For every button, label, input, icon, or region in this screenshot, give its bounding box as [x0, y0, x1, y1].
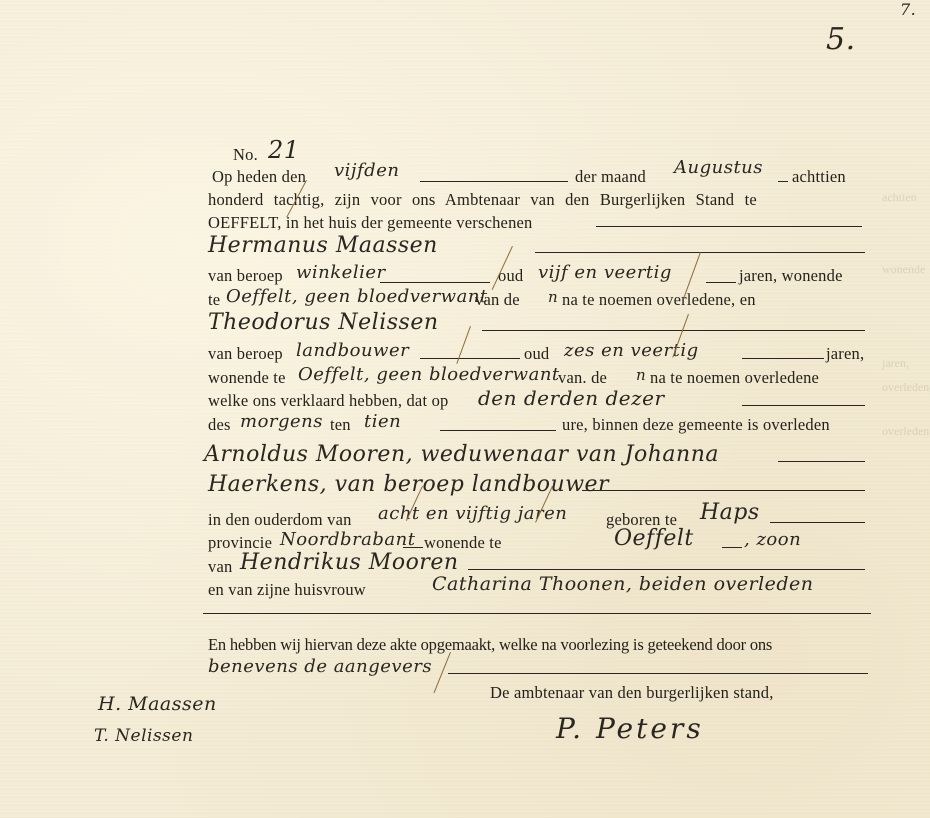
record-number-label: No.	[233, 145, 258, 165]
text-der-maand: der maand	[575, 167, 646, 187]
text-welke-ons-verklaard: welke ons verklaard hebben, dat op	[208, 391, 448, 411]
text-op-heden-den: Op heden den	[212, 167, 306, 187]
field-residence: Oeffelt	[614, 526, 694, 551]
field-month: Augustus	[674, 157, 763, 178]
text-van-beroep: van beroep	[208, 266, 283, 286]
fill-line	[380, 282, 490, 283]
text-in-den-ouderdom: in den ouderdom van	[208, 510, 352, 530]
field-declarant2-name: Theodorus Nelissen	[208, 310, 439, 335]
text-oud: oud	[524, 344, 549, 364]
bleed-through-text: overledene	[882, 380, 930, 395]
field-declarant1-name: Hermanus Maassen	[208, 233, 438, 258]
fill-line	[582, 490, 865, 491]
text-na-te-noemen: na te noemen overledene	[650, 368, 819, 388]
field-gender-mark: n	[548, 288, 558, 306]
text-te: te	[208, 290, 220, 310]
folio-mark: 5.	[826, 22, 856, 57]
field-death-daypart: morgens	[240, 411, 323, 432]
text-van-de: van. de	[558, 368, 607, 388]
bleed-through-text: achtien	[882, 190, 917, 205]
text-jaren-wonende: jaren, wonende	[739, 266, 843, 286]
field-birthplace: Haps	[700, 500, 760, 525]
field-province: Noordbrabant	[280, 529, 416, 550]
bleed-through-text: overleden	[882, 424, 929, 439]
fill-line	[448, 673, 868, 674]
field-declarant1-occupation: winkelier	[296, 262, 386, 283]
text-line-3: OEFFELT, in het huis der gemeente versch…	[208, 213, 533, 233]
fill-line	[596, 226, 862, 227]
text-ten: ten	[330, 415, 351, 435]
fill-line	[420, 358, 520, 359]
fill-line	[778, 181, 788, 182]
record-number: 21	[268, 136, 300, 164]
field-day: vijfden	[334, 160, 399, 181]
field-declarant2-residence: Oeffelt, geen bloedverwant	[298, 364, 560, 385]
fill-line	[722, 547, 742, 548]
fill-line	[203, 613, 871, 614]
fill-line	[403, 547, 423, 548]
text-des: des	[208, 415, 231, 435]
text-van-beroep: van beroep	[208, 344, 283, 364]
fill-line	[468, 569, 865, 570]
field-death-hour: tien	[364, 411, 401, 432]
text-official-title: De ambtenaar van den burgerlijken stand,	[490, 683, 774, 703]
fill-line	[742, 405, 865, 406]
field-deceased-line1: Arnoldus Mooren, weduwenaar van Johanna	[204, 442, 719, 467]
signature-declarant2: T. Nelissen	[94, 726, 193, 746]
text-van: van	[208, 557, 232, 577]
fill-line	[420, 181, 568, 182]
death-certificate-page: achtien wonende jaren, overledene overle…	[0, 0, 930, 818]
field-declarant1-residence: Oeffelt, geen bloedverwant	[226, 286, 488, 307]
field-mother: Catharina Thoonen, beiden overleden	[432, 573, 814, 595]
text-wonende-te: wonende te	[208, 368, 286, 388]
field-zoon: , zoon	[744, 529, 801, 550]
text-na-te-noemen: na te noemen overledene, en	[562, 290, 756, 310]
signature-official: P. Peters	[556, 712, 704, 745]
text-van-de: van de	[475, 290, 520, 310]
field-declarant1-age: vijf en veertig	[538, 262, 672, 283]
corner-number: 7.	[900, 0, 916, 19]
field-declarant2-occupation: landbouwer	[296, 340, 409, 361]
text-en-hebben-wij: En hebben wij hiervan deze akte opgemaak…	[208, 635, 772, 655]
fill-line	[440, 430, 556, 431]
bleed-through-text: wonende	[882, 262, 925, 277]
text-jaren: jaren,	[826, 344, 864, 364]
fill-line	[742, 358, 824, 359]
fill-line	[778, 461, 865, 462]
text-binnen-deze-gemeente: ure, binnen deze gemeente is overleden	[562, 415, 830, 435]
field-gender-mark: n	[636, 366, 646, 384]
field-father: Hendrikus Mooren	[240, 550, 459, 575]
fill-line	[770, 522, 865, 523]
fill-line	[706, 282, 736, 283]
text-huisvrouw: en van zijne huisvrouw	[208, 580, 366, 600]
fill-line	[482, 330, 865, 331]
field-death-date: den derden dezer	[478, 386, 665, 410]
signature-declarant1: H. Maassen	[98, 693, 217, 715]
bleed-through-text: jaren,	[882, 356, 909, 371]
text-achttien: achttien	[792, 167, 846, 187]
field-benevens: benevens de aangevers	[208, 656, 432, 677]
